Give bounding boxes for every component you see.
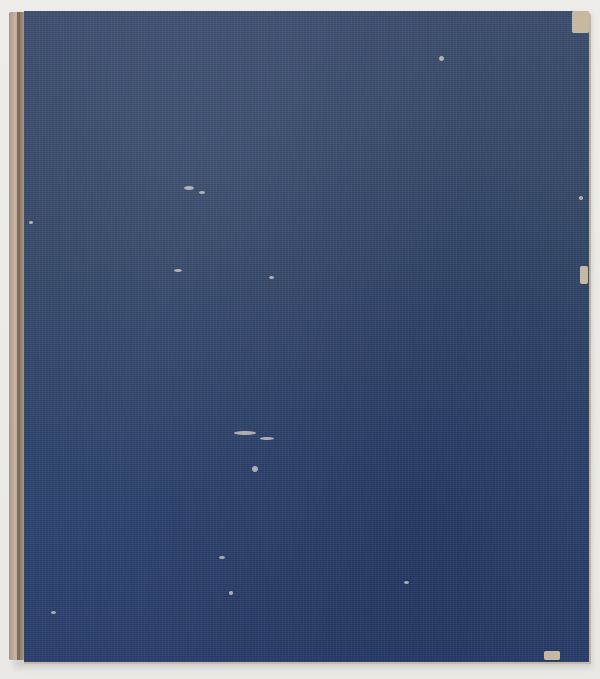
wear-speck	[439, 56, 444, 61]
book-cover	[24, 11, 591, 664]
wear-speck	[579, 196, 583, 200]
wear-speck	[269, 276, 274, 279]
wear-speck	[51, 611, 56, 614]
corner-wear-top-right	[572, 11, 589, 33]
corner-wear-bottom-right	[544, 651, 560, 660]
wear-speck	[404, 581, 409, 584]
wear-speck	[184, 186, 194, 190]
wear-speck	[234, 431, 256, 435]
wear-speck	[252, 466, 258, 472]
wear-speck	[174, 269, 182, 272]
cloth-texture	[24, 11, 589, 662]
wear-speck	[29, 221, 33, 224]
wear-speck	[260, 437, 274, 440]
wear-speck	[229, 591, 233, 595]
wear-speck	[219, 556, 225, 559]
edge-wear-right	[580, 266, 588, 284]
wear-speck	[199, 191, 205, 194]
